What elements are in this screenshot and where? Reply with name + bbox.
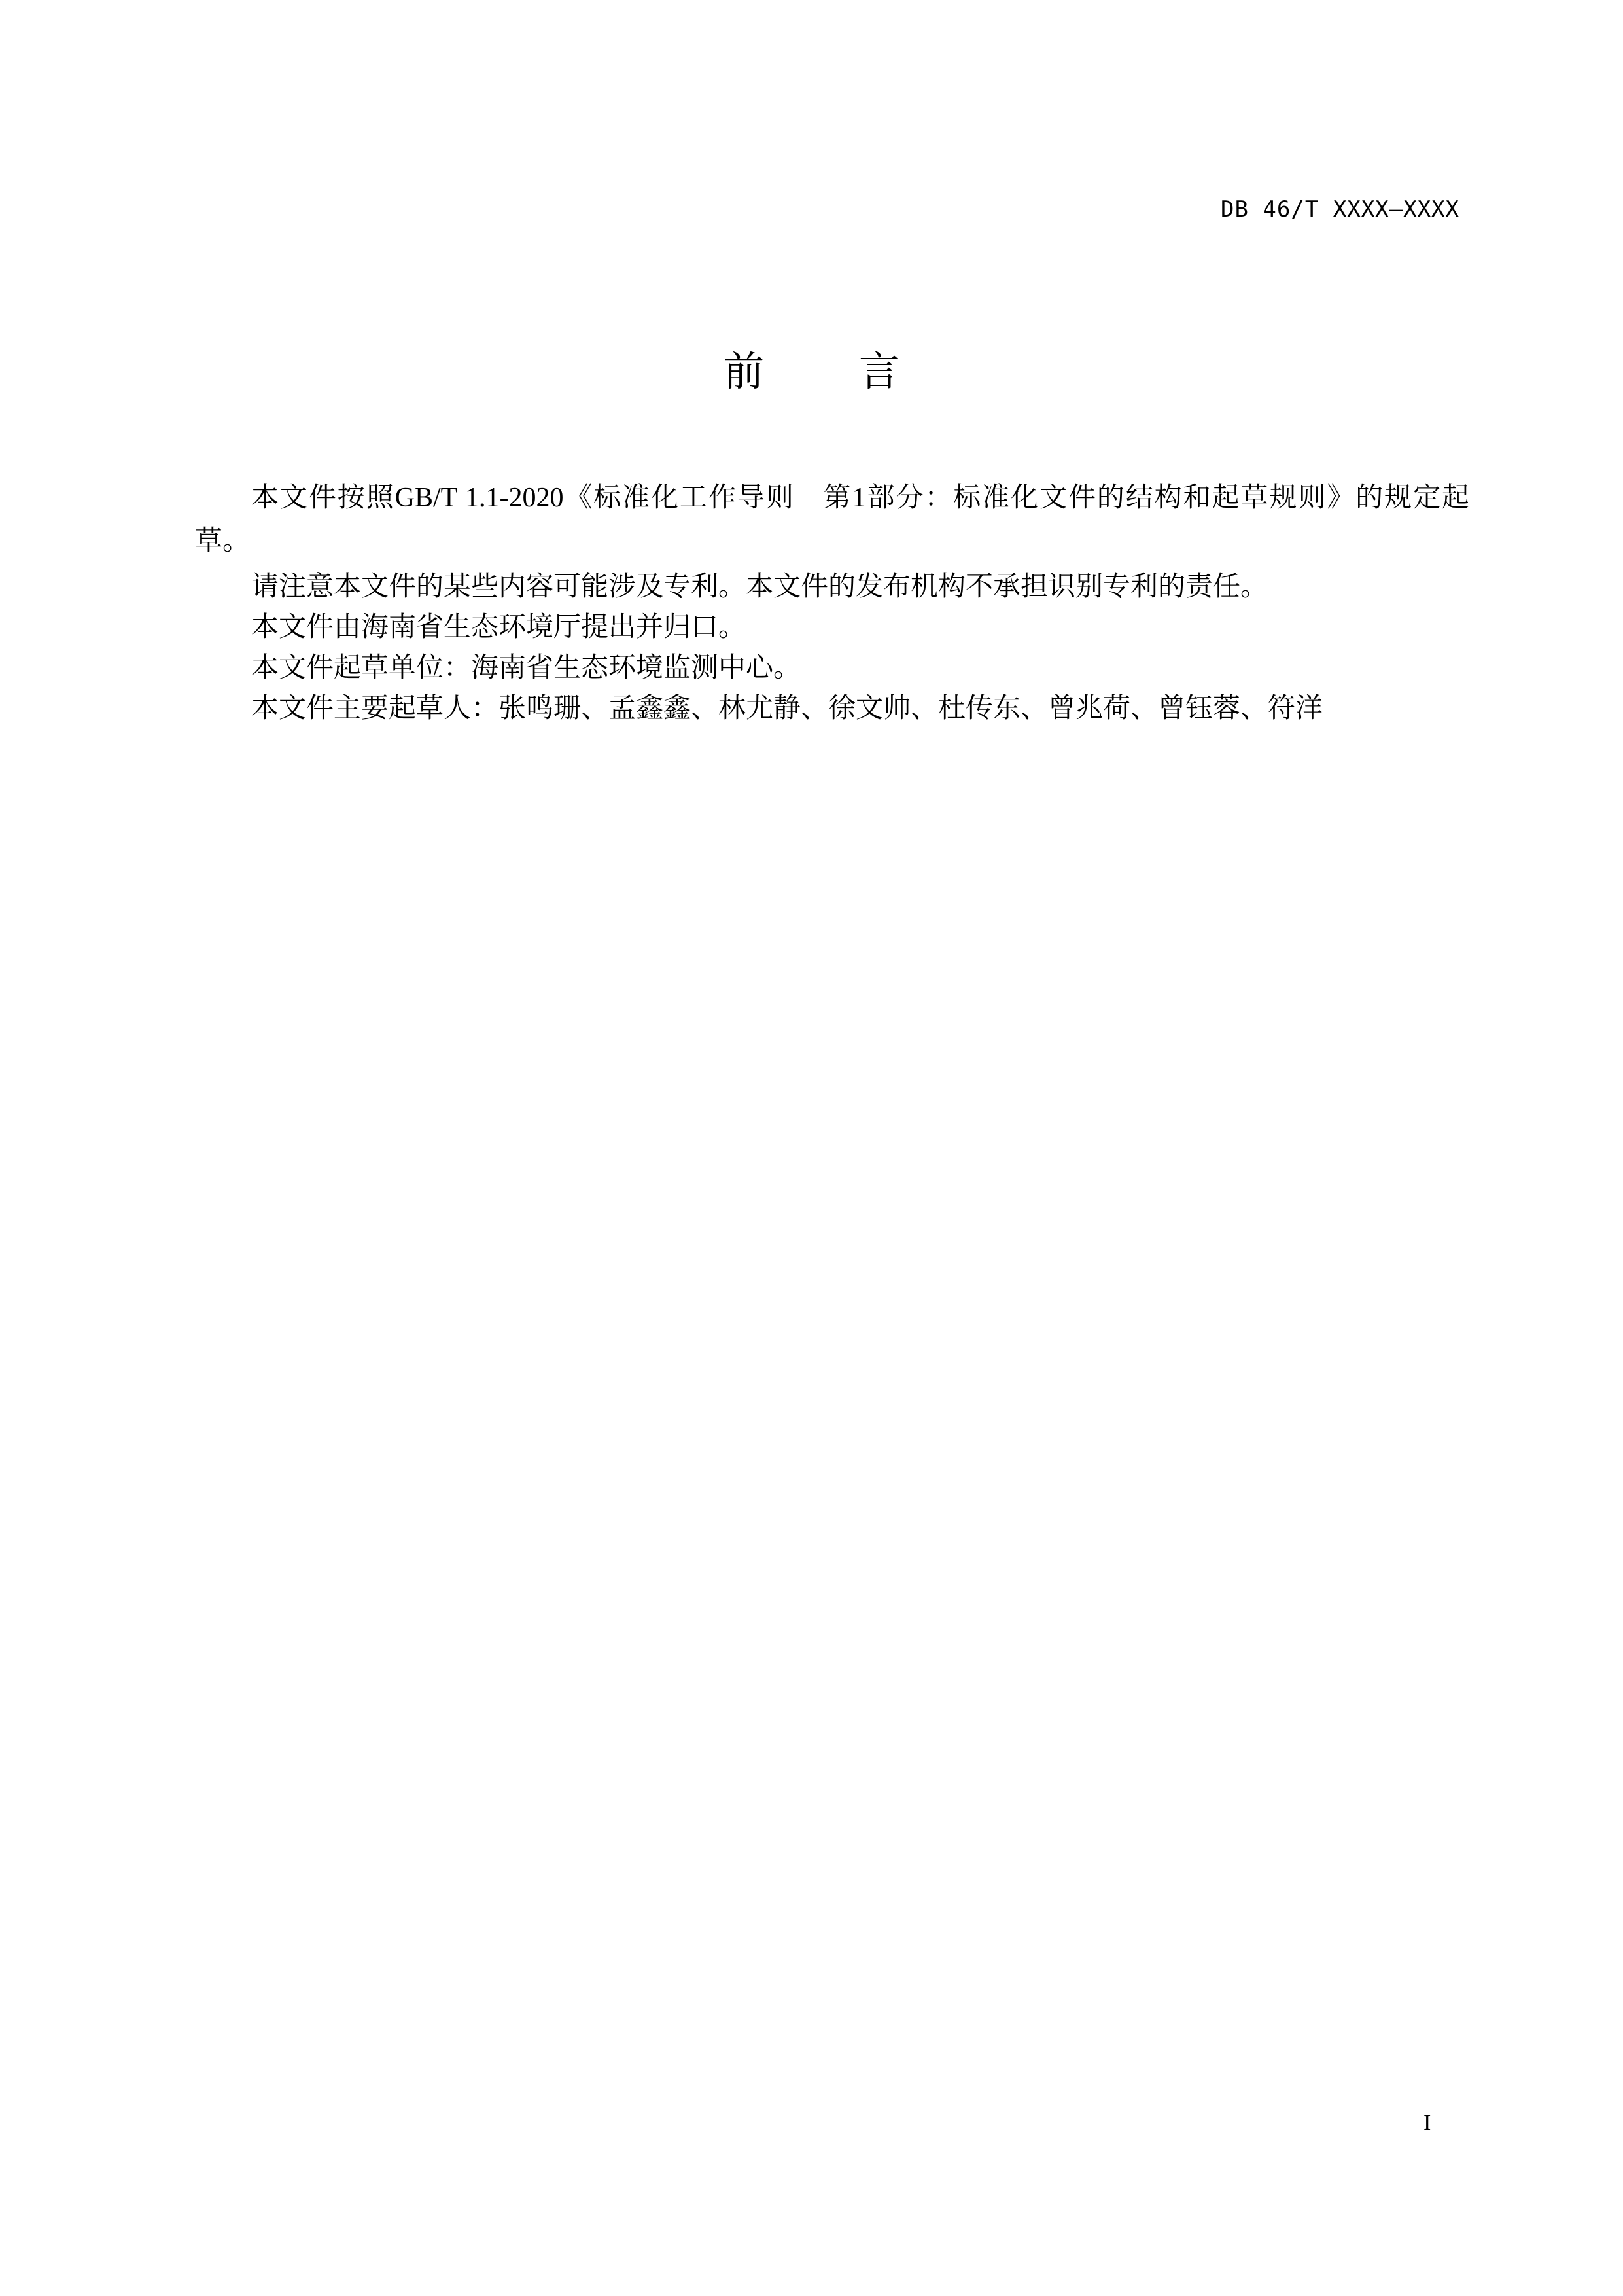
paragraph-proposer: 本文件由海南省生态环境厅提出并归口。 — [195, 607, 1469, 648]
foreword-body: 本文件按照GB/T 1.1-2020《标准化工作导则 第1部分：标准化文件的结构… — [195, 476, 1469, 729]
page-number: I — [1423, 2110, 1431, 2136]
paragraph-drafting-rules: 本文件按照GB/T 1.1-2020《标准化工作导则 第1部分：标准化文件的结构… — [195, 476, 1469, 563]
document-code: DB 46/T XXXX—XXXX — [1221, 195, 1459, 224]
page-title: 前言 — [0, 345, 1623, 398]
paragraph-drafting-unit: 本文件起草单位：海南省生态环境监测中心。 — [195, 648, 1469, 688]
paragraph-patent-notice: 请注意本文件的某些内容可能涉及专利。本文件的发布机构不承担识别专利的责任。 — [195, 567, 1469, 607]
title-char-1: 前 — [724, 345, 764, 398]
paragraph-drafters: 本文件主要起草人：张鸣珊、孟鑫鑫、林尤静、徐文帅、杜传东、曾兆荷、曾钰蓉、符洋 — [195, 688, 1469, 729]
document-page: DB 46/T XXXX—XXXX 前言 本文件按照GB/T 1.1-2020《… — [0, 0, 1623, 2296]
title-char-2: 言 — [859, 345, 899, 398]
